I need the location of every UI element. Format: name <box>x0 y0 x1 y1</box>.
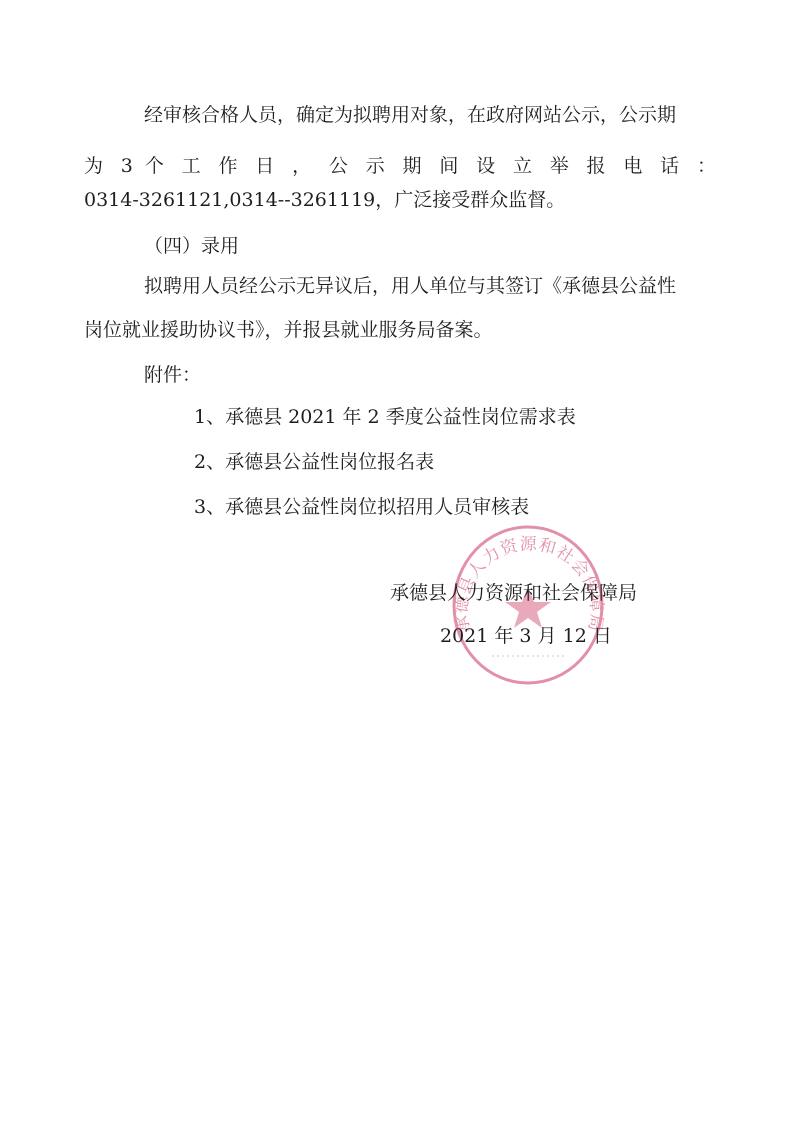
paragraph-2-line-2: 岗位就业援助协议书》，并报县就业服务局备案。 <box>84 317 493 343</box>
paragraph-1-line-3: 0314-3261121,0314--3261119，广泛接受群众监督。 <box>84 187 565 213</box>
signature-date: 2021 年 3 月 12 日 <box>440 623 612 649</box>
paragraph-2-line-1: 拟聘用人员经公示无异议后，用人单位与其签订《承德县公益性 <box>144 273 676 299</box>
signature-organization: 承德县人力资源和社会保障局 <box>390 580 637 606</box>
attachments-label: 附件： <box>144 362 201 388</box>
attachment-item-2: 2、承德县公益性岗位报名表 <box>194 449 434 475</box>
section-heading: （四）录用 <box>144 233 239 259</box>
attachment-item-3: 3、承德县公益性岗位拟招用人员审核表 <box>194 494 529 520</box>
paragraph-1-line-2: 为 3 个 工 作 日 ， 公 示 期 间 设 立 举 报 电 话 ： <box>84 153 716 179</box>
paragraph-1-line-1: 经审核合格人员，确定为拟聘用对象，在政府网站公示，公示期 <box>144 102 676 128</box>
attachment-item-1: 1、承德县 2021 年 2 季度公益性岗位需求表 <box>194 404 576 430</box>
